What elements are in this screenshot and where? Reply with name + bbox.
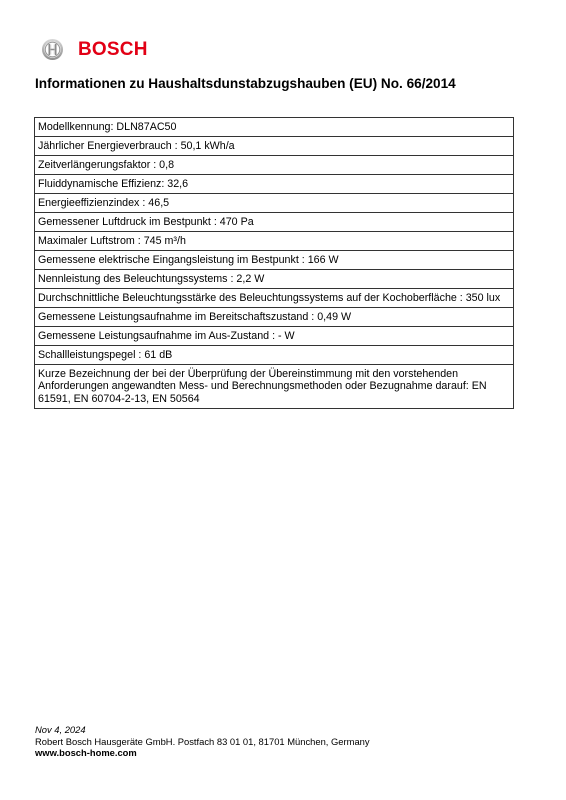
spec-cell: Modellkennung: DLN87AC50 (35, 118, 514, 137)
spec-cell: Fluiddynamische Effizienz: 32,6 (35, 174, 514, 193)
table-row: Schallleistungspegel : 61 dB (35, 345, 514, 364)
table-row: Kurze Bezeichnung der bei der Überprüfun… (35, 364, 514, 408)
brand-name: BOSCH (78, 38, 148, 61)
table-row: Gemessene elektrische Eingangsleistung i… (35, 250, 514, 269)
footer: Nov 4, 2024 Robert Bosch Hausgeräte GmbH… (35, 724, 370, 759)
spec-cell: Schallleistungspegel : 61 dB (35, 345, 514, 364)
brand-logo: BOSCH (41, 37, 148, 61)
table-row: Modellkennung: DLN87AC50 (35, 118, 514, 137)
table-row: Jährlicher Energieverbrauch : 50,1 kWh/a (35, 136, 514, 155)
spec-cell: Maximaler Luftstrom : 745 m³/h (35, 231, 514, 250)
spec-cell: Gemessene Leistungsaufnahme im Bereitsch… (35, 307, 514, 326)
spec-cell: Nennleistung des Beleuchtungssystems : 2… (35, 269, 514, 288)
spec-table: Modellkennung: DLN87AC50Jährlicher Energ… (34, 117, 514, 409)
table-row: Energieeffizienzindex : 46,5 (35, 193, 514, 212)
table-row: Zeitverlängerungsfaktor : 0,8 (35, 155, 514, 174)
table-row: Maximaler Luftstrom : 745 m³/h (35, 231, 514, 250)
table-row: Gemessener Luftdruck im Bestpunkt : 470 … (35, 212, 514, 231)
spec-cell: Energieeffizienzindex : 46,5 (35, 193, 514, 212)
document-title: Informationen zu Haushaltsdunstabzugshau… (35, 76, 456, 91)
spec-cell: Kurze Bezeichnung der bei der Überprüfun… (35, 364, 514, 408)
footer-date: Nov 4, 2024 (35, 724, 370, 736)
spec-cell: Zeitverlängerungsfaktor : 0,8 (35, 155, 514, 174)
table-row: Fluiddynamische Effizienz: 32,6 (35, 174, 514, 193)
spec-cell: Jährlicher Energieverbrauch : 50,1 kWh/a (35, 136, 514, 155)
table-row: Durchschnittliche Beleuchtungsstärke des… (35, 288, 514, 307)
footer-website-link[interactable]: www.bosch-home.com (35, 747, 370, 759)
spec-cell: Gemessene elektrische Eingangsleistung i… (35, 250, 514, 269)
footer-address: Robert Bosch Hausgeräte GmbH. Postfach 8… (35, 736, 370, 748)
bosch-armature-icon (41, 38, 64, 61)
table-row: Nennleistung des Beleuchtungssystems : 2… (35, 269, 514, 288)
spec-cell: Gemessene Leistungsaufnahme im Aus-Zusta… (35, 326, 514, 345)
table-row: Gemessene Leistungsaufnahme im Bereitsch… (35, 307, 514, 326)
table-row: Gemessene Leistungsaufnahme im Aus-Zusta… (35, 326, 514, 345)
spec-cell: Durchschnittliche Beleuchtungsstärke des… (35, 288, 514, 307)
spec-cell: Gemessener Luftdruck im Bestpunkt : 470 … (35, 212, 514, 231)
